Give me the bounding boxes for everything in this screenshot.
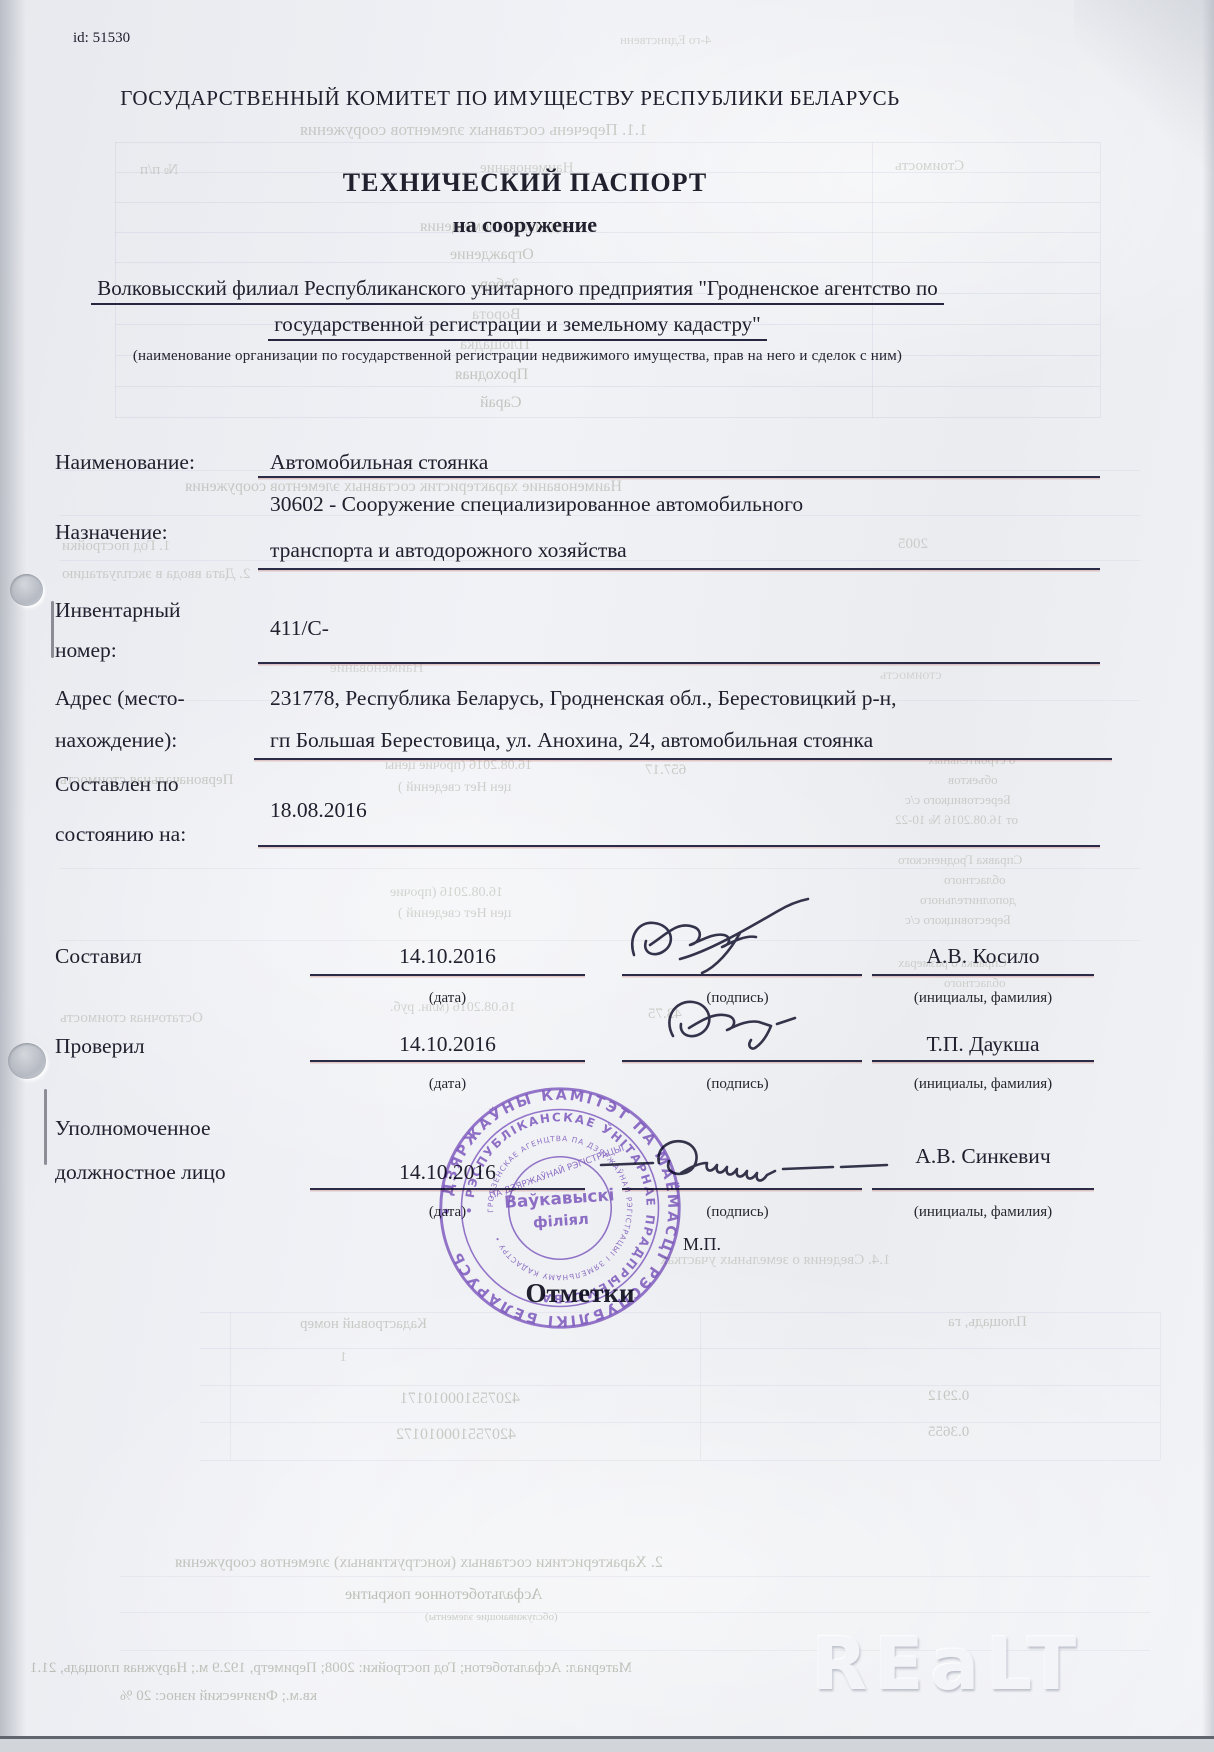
- bleed-through-text: Ограждение: [450, 246, 534, 264]
- bleed-through-text: цен Нет сведений ): [398, 906, 511, 922]
- bleed-through-text: 1: [340, 1350, 347, 1366]
- authorized-role-label-2: должностное лицо: [55, 1160, 226, 1185]
- compiled-sign-line: [622, 974, 862, 976]
- authorized-role-label-1: Уполномоченное: [55, 1116, 211, 1141]
- bleed-through-text: Берестовицкого с/с: [905, 912, 1011, 928]
- bleed-through-text: 16.08.2016 (прочие цены: [385, 758, 532, 774]
- scanner-background-strip: [0, 1739, 1214, 1752]
- checked-date-line: [310, 1060, 585, 1062]
- field-name-value: Автомобильная стоянка: [270, 450, 488, 475]
- bleed-through-text: Берестовицкого с/с: [905, 792, 1011, 808]
- checked-signature: [645, 988, 815, 1060]
- bleed-through-text: (обслуживающие элементы): [425, 1611, 558, 1623]
- bleed-through-text: 0.2912: [928, 1388, 969, 1405]
- field-name-underline: [258, 476, 1100, 478]
- bleed-through-text: 2. Дата ввода в эксплуатацию: [62, 566, 250, 583]
- bleed-through-text: областного: [944, 872, 1005, 888]
- field-inventory-label-1: Инвентарный: [55, 598, 181, 623]
- committee-heading: ГОСУДАРСТВЕННЫЙ КОМИТЕТ ПО ИМУЩЕСТВУ РЕС…: [60, 86, 960, 111]
- bleed-through-text: 4-го Единственн: [620, 32, 711, 48]
- stamp-center-line-2: філіял: [532, 1211, 589, 1232]
- document-subtitle: на сооружение: [60, 212, 990, 238]
- authorized-name-caption: (инициалы, фамилия): [872, 1204, 1094, 1221]
- checked-role-label: Проверил: [55, 1034, 145, 1059]
- checked-sign-line: [622, 1060, 862, 1062]
- checked-name-line: [872, 1060, 1094, 1062]
- field-address-line2: гп Большая Берестовица, ул. Анохина, 24,…: [270, 728, 873, 753]
- field-purpose-label: Назначение:: [55, 520, 168, 545]
- bleed-through-text: 420755100010171: [400, 1390, 520, 1408]
- organization-caption: (наименование организации по государстве…: [35, 348, 1000, 365]
- bleed-through-text: 2. Характеристики составных (конструктив…: [175, 1554, 663, 1572]
- field-address-label-2: нахождение):: [55, 728, 177, 753]
- document-title: ТЕХНИЧЕСКИЙ ПАСПОРТ: [60, 168, 990, 198]
- field-purpose-line1: 30602 - Сооружение специализированное ав…: [270, 492, 803, 517]
- bleed-through-text: Площадь, га: [948, 1314, 1027, 1331]
- organization-line-1-text: Волковысский филиал Республиканского уни…: [91, 276, 944, 305]
- round-stamp: • ДЗЯРЖАЎНЫ КАМІТЭТ ПА МАЁМАСЦІ РЭСПУБЛІ…: [419, 1067, 701, 1349]
- compiled-signature: [620, 893, 820, 978]
- bleed-through-text: 2005: [898, 536, 928, 553]
- bleed-through-text: областного: [944, 975, 1005, 991]
- bleed-through-text: дополнительного: [920, 892, 1016, 908]
- bleed-through-text: 0.3655: [928, 1424, 969, 1441]
- bleed-through-text: Асфальтобетонное покрытие: [345, 1586, 543, 1604]
- compiled-date: 14.10.2016: [310, 944, 585, 969]
- checked-name-caption: (инициалы, фамилия): [872, 1076, 1094, 1093]
- bleed-through-text: цен Нет сведений ): [398, 780, 511, 796]
- bleed-through-layer: 4-го Единственн1.1. Перечень составных э…: [0, 0, 1214, 1752]
- bleed-through-text: Остаточная стоимость: [60, 1010, 203, 1027]
- bleed-through-text: о строительных: [928, 752, 1015, 768]
- field-inventory-value: 411/С-: [270, 616, 329, 641]
- bleed-through-text: 420755100010172: [396, 1426, 516, 1444]
- checked-name: Т.П. Даукша: [872, 1032, 1094, 1057]
- compiled-date-line: [310, 974, 585, 976]
- bleed-through-text: Кадастровый номер: [300, 1316, 427, 1333]
- page-corner-fold: [1074, 0, 1214, 170]
- field-name-label: Наименование:: [55, 450, 195, 475]
- binding-mark-bottom: [44, 1089, 47, 1165]
- page-right-edge-shadow: [1202, 0, 1214, 1752]
- bleed-through-text: Справка Гродненского: [898, 852, 1022, 868]
- bleed-through-text: кв.м.; Физический износ: 20 %: [120, 1688, 317, 1705]
- authorized-name-line: [872, 1188, 1094, 1190]
- organization-line-1: Волковысский филиал Республиканского уни…: [35, 276, 1000, 305]
- field-inventory-label-2: номер:: [55, 638, 117, 663]
- scanned-technical-passport-page: 4-го Единственн1.1. Перечень составных э…: [0, 0, 1214, 1752]
- field-asof-label-2: состоянию на:: [55, 822, 186, 847]
- binding-mark-top: [51, 601, 54, 658]
- field-asof-value: 18.08.2016: [270, 798, 367, 823]
- field-asof-underline: [258, 845, 1100, 847]
- realt-watermark: REaLT: [812, 1622, 1083, 1706]
- compiled-role-label: Составил: [55, 944, 142, 969]
- checked-date: 14.10.2016: [310, 1032, 585, 1057]
- bleed-through-text: Проходная: [455, 366, 528, 384]
- compiled-name-line: [872, 974, 1094, 976]
- bleed-through-text: объектов: [948, 772, 998, 788]
- bleed-through-text: Сарай: [480, 394, 521, 412]
- field-address-line1: 231778, Республика Беларусь, Гродненская…: [270, 686, 897, 711]
- compiled-name: А.В. Косило: [872, 944, 1094, 969]
- field-inventory-underline: [258, 662, 1100, 664]
- bleed-through-text: 657.17: [645, 762, 686, 779]
- bleed-through-text: Материал: Асфальтобетон; Год постройки: …: [30, 1660, 632, 1677]
- bleed-through-text: от 16.08.2016 № 10-22: [895, 812, 1018, 828]
- organization-line-2-text: государственной регистрации и земельному…: [268, 312, 767, 341]
- bleed-through-text: стоимость: [880, 668, 942, 684]
- field-address-underline: [254, 758, 1112, 760]
- bleed-through-text: 16.08.2016 (прочие: [390, 885, 503, 901]
- field-purpose-line2: транспорта и автодорожного хозяйства: [270, 538, 627, 563]
- compiled-date-caption: (дата): [310, 990, 585, 1007]
- field-address-label-1: Адрес (место-: [55, 686, 185, 711]
- organization-line-2: государственной регистрации и земельному…: [35, 312, 1000, 341]
- bleed-through-text: 1.1. Перечень составных элементов сооруж…: [300, 120, 647, 140]
- scan-id: id: 51530: [73, 30, 130, 47]
- authorized-name: А.В. Синкевич: [872, 1144, 1094, 1169]
- page-left-edge-shadow: [0, 0, 26, 1752]
- field-asof-label-1: Составлен по: [55, 772, 179, 797]
- field-purpose-underline: [258, 568, 1100, 570]
- compiled-name-caption: (инициалы, фамилия): [872, 990, 1094, 1007]
